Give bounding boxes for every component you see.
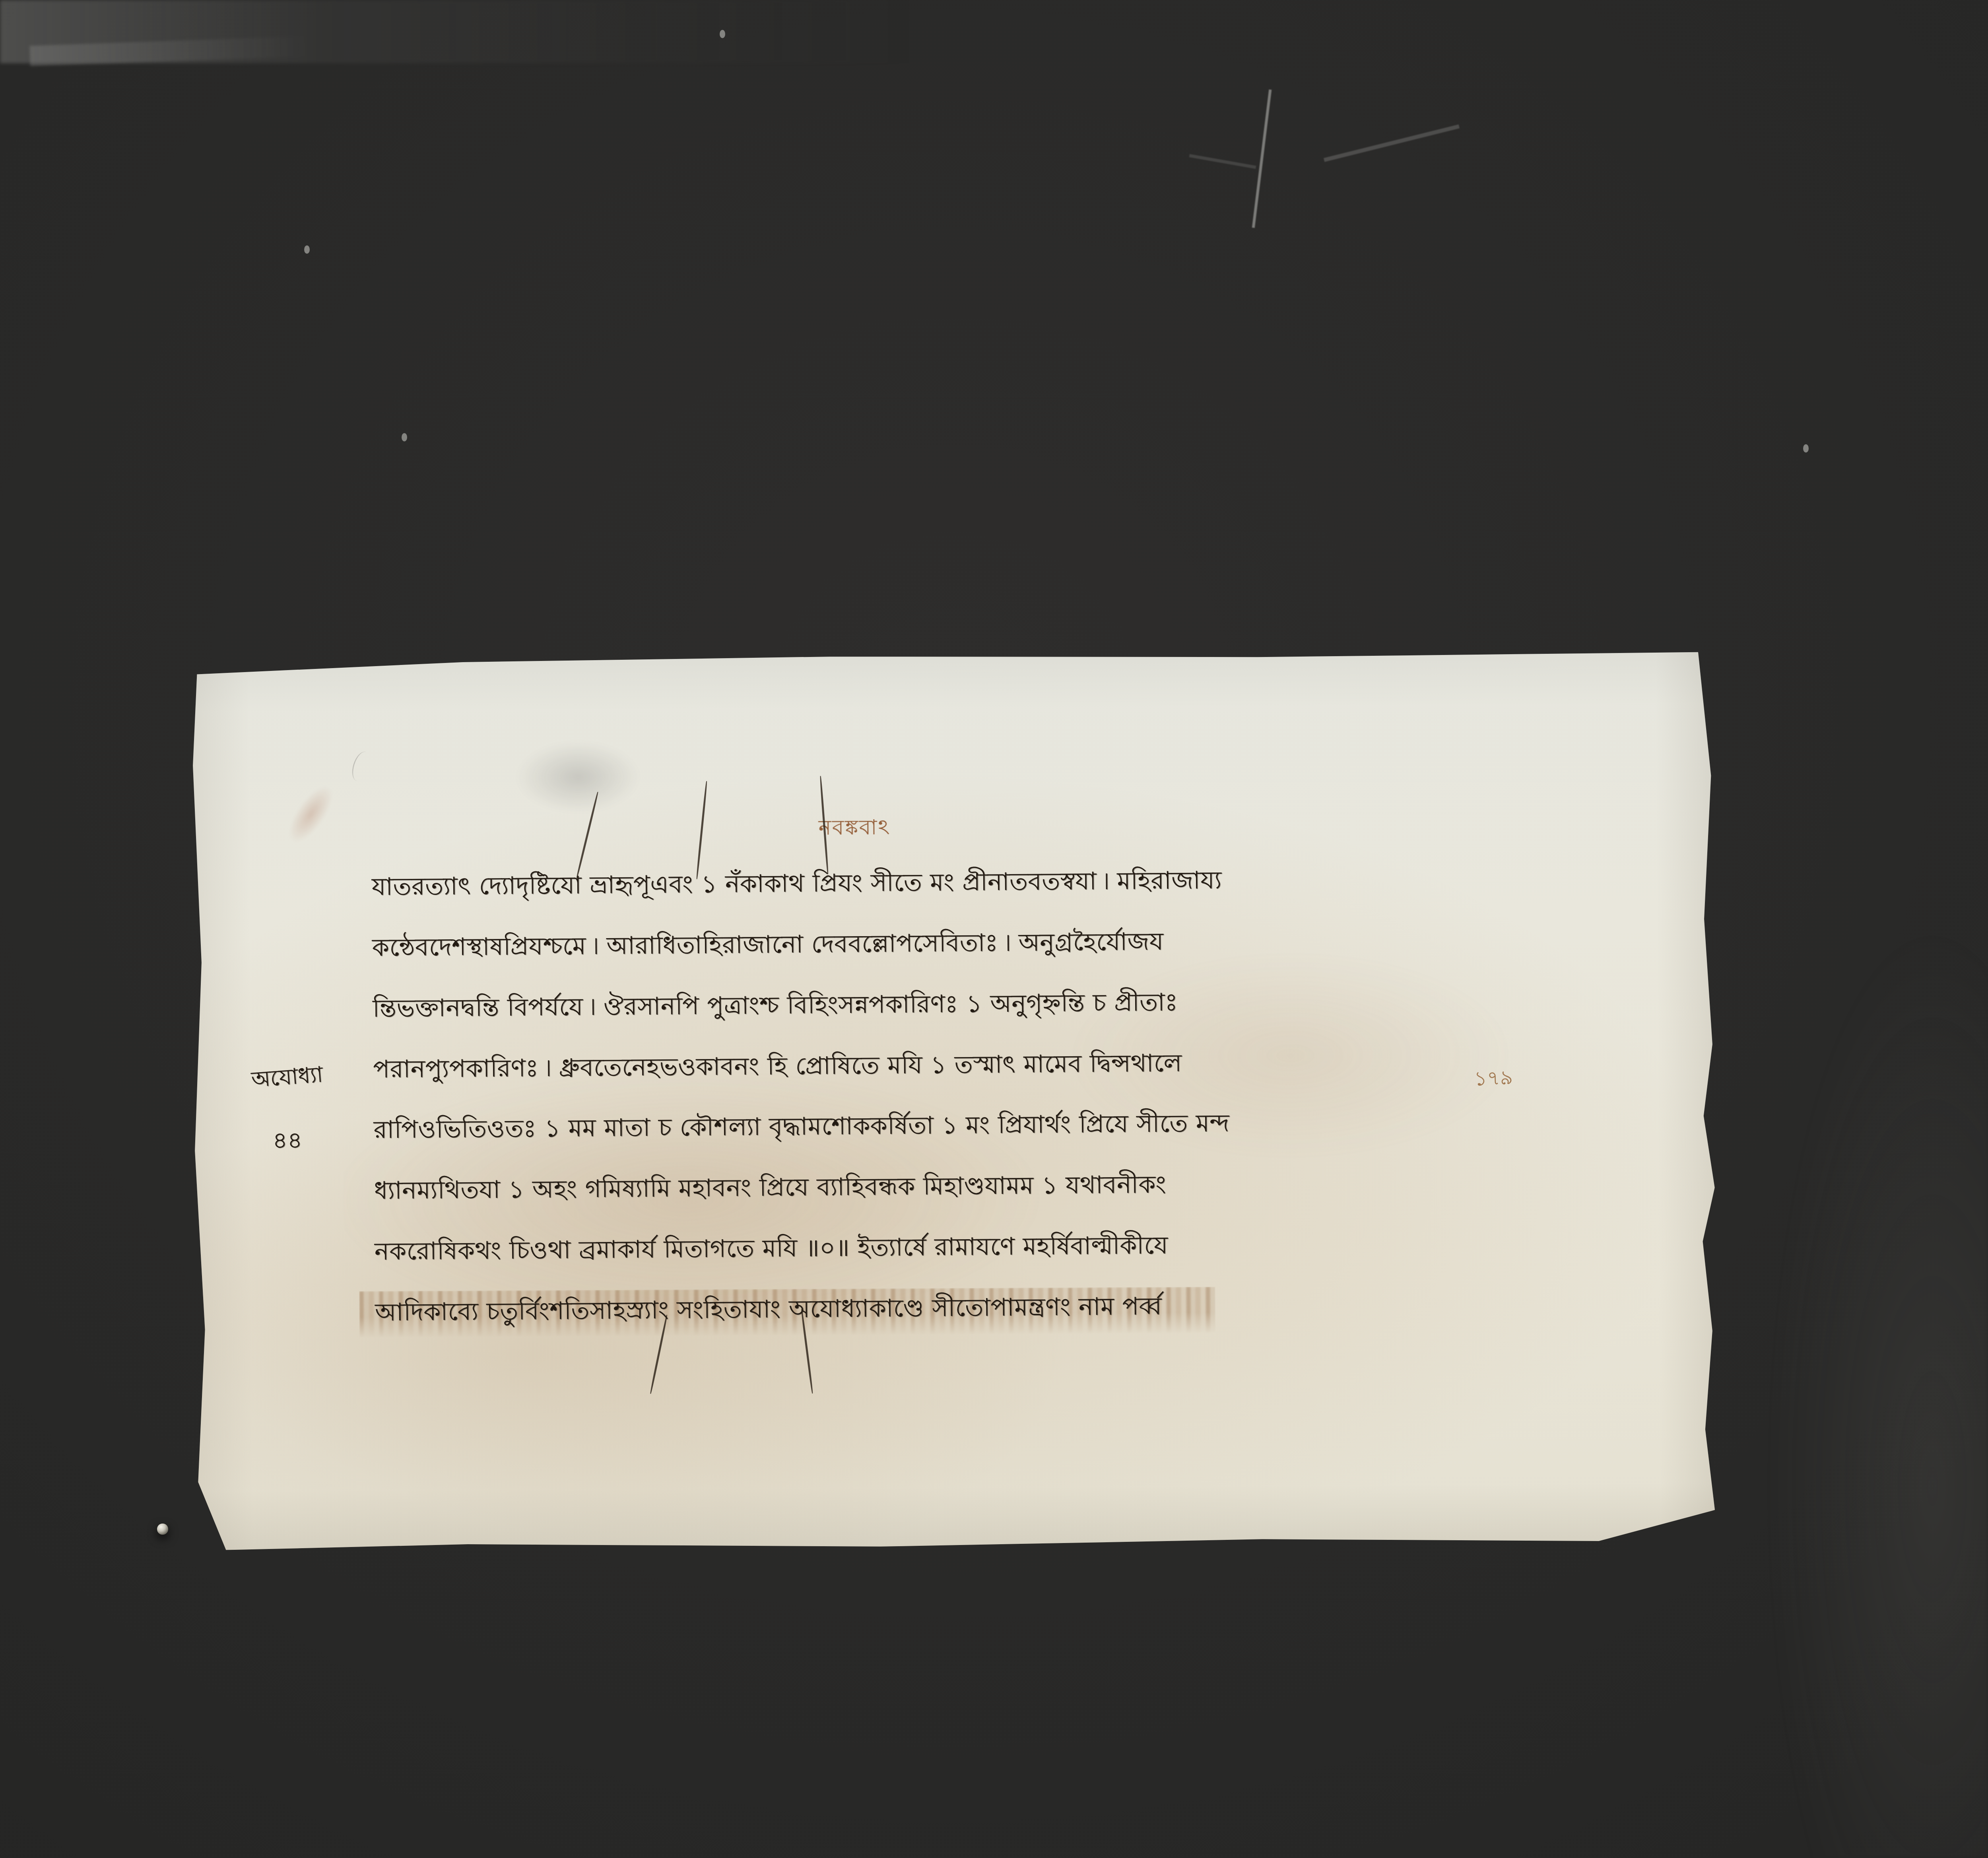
board-scuff-top-left [0,0,914,63]
ink-smudge [509,736,647,817]
red-pigment-streak [274,775,348,853]
board-speck [304,245,310,254]
manuscript-paper-leaf: নবঙ্কবাঽ যাতরত্যাৎ দ্যোদৃষ্টিযো ভ্রাহৃপূ… [188,650,1721,1553]
board-scratch-short [1189,154,1256,169]
board-light-patch [1710,929,1988,1858]
ascender-flourish-stroke [696,781,707,879]
right-margin-folio-number: ১৭৯ [1473,1062,1513,1097]
left-margin-leaf-number: ৪৪ [214,1122,360,1161]
board-speck [720,30,725,38]
text-line-6: ধ্যানম্যথিতযা ১ অহং গমিষ্যামি মহাবনং প্র… [374,1168,1520,1204]
photo-background-board: নবঙ্কবাঽ যাতরত্যাৎ দ্যোদৃষ্টিযো ভ্রাহৃপূ… [0,0,1988,1858]
text-line-8: আদিকাব্যে চতুর্বিংশতিসাহস্র্যাং সংহিতাযা… [375,1290,1522,1326]
text-line-7: নকরোষিকথং চিওথা ব্রমাকার্য মিতাগতে মযি ॥… [375,1229,1521,1265]
text-line-5: রাপিওভিতিওতঃ ১ মম মাতা চ কৌশল্যা বৃদ্ধাম… [373,1108,1520,1143]
left-margin-annotation: অযোধ্যা ৪৪ [214,1060,360,1162]
text-line-2: কন্ঠেবদেশস্থাষপ্রিযশ্চমে ৷ আরাধিতাহিরাজা… [372,925,1519,961]
left-margin-title: অযোধ্যা [213,1055,361,1102]
text-line-1: যাতরত্যাৎ দ্যোদৃষ্টিযো ভ্রাহৃপূএবং ১ নঁক… [371,865,1518,900]
text-line-4: পরানপ্যুপকারিণঃ ৷ ধ্রুবতেনেহভওকাবনং হি প… [373,1047,1520,1083]
board-speck [1803,444,1809,453]
mounting-pin-left [157,1524,168,1535]
faint-pencil-mark [349,749,374,783]
board-scratch-vertical [1252,89,1272,228]
rubric-header: নবঙ্কবাঽ [818,811,891,846]
board-scuff-top-left-2 [29,36,308,66]
board-speck [402,433,407,441]
board-scratch-diagonal [1324,124,1460,162]
text-line-3: ন্তিভক্তানদ্বন্তি বিপর্যযে ৷ ঔরসানপি পুত… [373,986,1519,1022]
main-text-block: যাতরত্যাৎ দ্যোদৃষ্টিযো ভ্রাহৃপূএবং ১ নঁক… [371,865,1522,1326]
